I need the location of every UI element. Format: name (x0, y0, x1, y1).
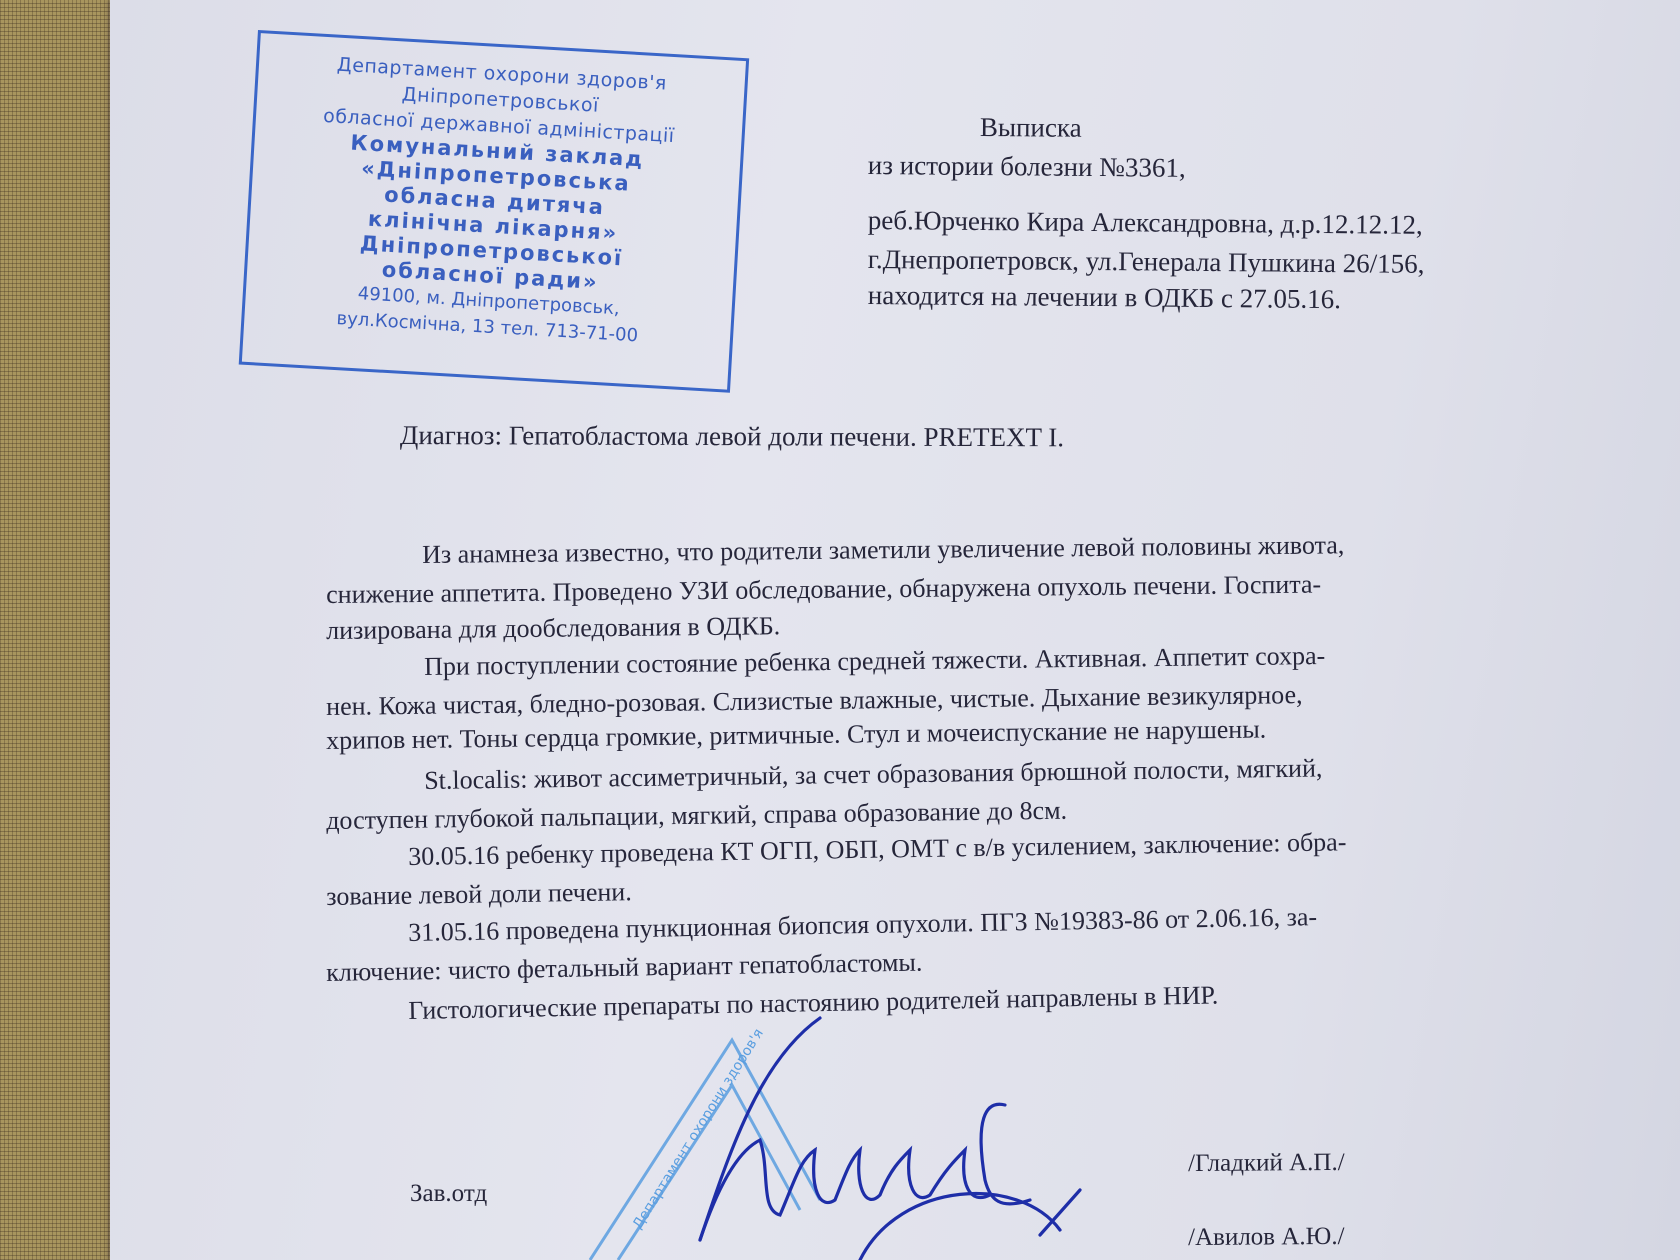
signer-name-1: /Гладкий А.П./ (1188, 1149, 1345, 1178)
signature-scribble (0, 0, 1680, 1260)
head-of-department-label: Зав.отд (410, 1180, 487, 1208)
signer-name-2: /Авилов А.Ю./ (1188, 1223, 1345, 1252)
